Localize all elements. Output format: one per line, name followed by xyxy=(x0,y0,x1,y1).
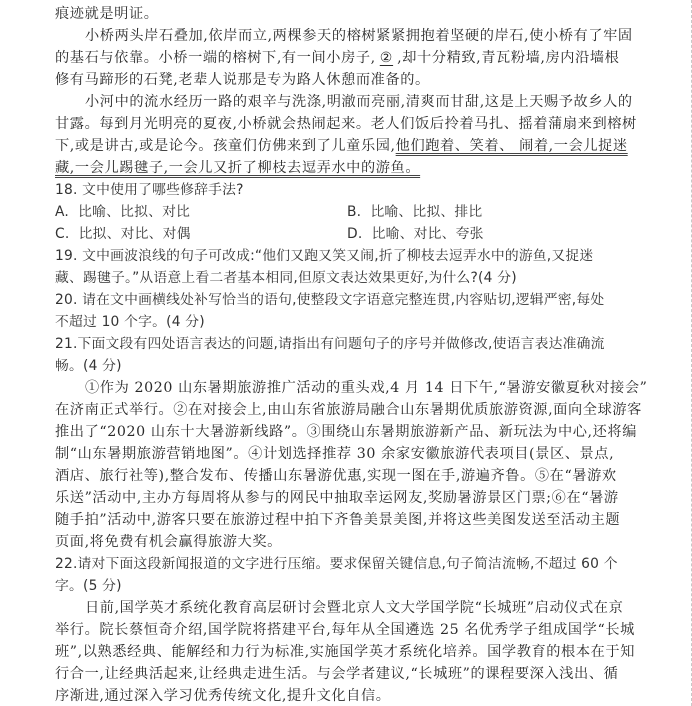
option-label: C. xyxy=(55,226,69,242)
fill-blank-2: ② xyxy=(376,50,397,66)
option-text: 比喻、比拟、对比 xyxy=(78,204,190,220)
q21-passage-line: ①作为 2020 山东暑期旅游推广活动的重头戏,4 月 14 日下午,“暑游安徽… xyxy=(55,377,639,399)
wavy-underlined-sentence: 藏,一会儿踢毽子,一会儿又折了柳枝去逗弄水中的游鱼。 xyxy=(55,160,420,176)
passage-line: 痕迹就是明证。 xyxy=(55,3,639,25)
passage-line: 修有马蹄形的石凳,老辈人说那是专为路人休憩而准备的。 xyxy=(55,69,639,91)
question-22-line: 字。(5 分) xyxy=(55,575,639,597)
q22-passage-line: 举行。院长蔡恒奇介绍,国学院将搭建平台,每年从全国遴选 25 名优秀学子组成国学… xyxy=(55,619,639,641)
question-18-stem: 18. 文中使用了哪些修辞手法? xyxy=(55,179,639,201)
q21-passage-line: 在济南正式举行。②在对接会上,由山东省旅游局融合山东暑期优质旅游资源,面向全球游… xyxy=(55,399,639,421)
question-20-line: 20. 请在文中画横线处补写恰当的语句,使整段文字语意完整连贯,内容贴切,逻辑严… xyxy=(55,289,639,311)
option-text: 比喻、比拟、排比 xyxy=(370,204,482,220)
passage-line: 甘露。每到月光明亮的夏夜,小桥就会热闹起来。老人们饭后拎着马扎、摇着蒲扇来到榕树 xyxy=(55,113,639,135)
q21-passage-line: 随手拍”活动中,游客只要在旅游过程中拍下齐鲁美景美图,并将这些美图发送至活动主题 xyxy=(55,509,639,531)
passage-text: 的基石与依靠。小桥一端的榕树下,有一间小房子, xyxy=(55,50,376,66)
passage-text: 日前,国学英才系统化教育高层研讨会暨北京人文大学国学院“长城班”启动仪式在京 xyxy=(85,600,623,616)
passage-text: 下,或是讲古,或是论今。孩童们仿佛来到了儿童乐园, xyxy=(55,138,396,154)
passage-text: 小河中的流水经历一路的艰辛与洗涤,明澈而亮丽,清爽而甘甜,这是上天赐予故乡人的 xyxy=(85,94,633,110)
passage-text: ①作为 2020 山东暑期旅游推广活动的重头戏,4 月 14 日下午,“暑游安徽… xyxy=(85,380,648,396)
wavy-underlined-sentence: 他们跑着、笑着、 闹着,一会儿捉迷 xyxy=(396,138,628,154)
option-text: 比喻、对比、夸张 xyxy=(372,226,484,242)
option-text: 比拟、对比、对偶 xyxy=(79,226,191,242)
passage-line: 小河中的流水经历一路的艰辛与洗涤,明澈而亮丽,清爽而甘甜,这是上天赐予故乡人的 xyxy=(55,91,639,113)
q22-passage-line: 班”,以熟悉经典、能解经和力行为标准,实施国学英才系统化培养。国学教育的根本在于… xyxy=(55,641,639,663)
q21-passage-line: 乐送”活动中,主办方每周将从参与的网民中抽取幸运网友,奖励暑游景区门票;⑥在“暑… xyxy=(55,487,639,509)
option-a: A. 比喻、比拟、对比 xyxy=(55,201,347,223)
q21-passage-line: 推出了“2020 山东十大暑游新线路”。③围绕山东暑期旅游新产品、新玩法为中心,… xyxy=(55,421,639,443)
q21-passage-line: 酒店、旅行社等),整合发布、传播山东暑游优惠,实现一图在手,游遍齐鲁。⑤在“暑游… xyxy=(55,465,639,487)
question-18-options-row: C. 比拟、对比、对偶 D. 比喻、对比、夸张 xyxy=(55,223,639,245)
q21-passage-line: 页面,将免费有机会赢得旅游大奖。 xyxy=(55,531,639,553)
exam-page: 痕迹就是明证。 小桥两头岸石叠加,依岸而立,两棵参天的榕树紧紧拥抱着坚硬的岸石,… xyxy=(55,3,639,706)
q22-passage-line: 日前,国学英才系统化教育高层研讨会暨北京人文大学国学院“长城班”启动仪式在京 xyxy=(55,597,639,619)
passage-line: 藏,一会儿踢毽子,一会儿又折了柳枝去逗弄水中的游鱼。 xyxy=(55,157,639,179)
q21-passage-line: 制“山东暑期旅游营销地图”。④计划选择推荐 30 余家安徽旅游代表项目(景区、景… xyxy=(55,443,639,465)
option-label: D. xyxy=(347,226,362,242)
q22-passage-line: 序渐进,通过深入学习优秀传统文化,提升文化自信。 xyxy=(55,685,639,706)
option-label: A. xyxy=(55,204,69,220)
question-18-options-row: A. 比喻、比拟、对比 B. 比喻、比拟、排比 xyxy=(55,201,639,223)
passage-text: 小桥两头岸石叠加,依岸而立,两棵参天的榕树紧紧拥抱着坚硬的岸石,使小桥有了牢固 xyxy=(85,28,633,44)
question-21-line: 21.下面文段有四处语言表达的问题,请指出有问题句子的序号并做修改,使语言表达准… xyxy=(55,333,639,355)
question-21-line: 畅。(4 分) xyxy=(55,355,639,377)
passage-line: 的基石与依靠。小桥一端的榕树下,有一间小房子,②,却十分精致,青瓦粉墙,房内沿墙… xyxy=(55,47,639,69)
q22-passage-line: 行合一,让经典活起来,让经典走进生活。与会学者建议,“长城班”的课程要深入浅出、… xyxy=(55,663,639,685)
question-22-line: 22.请对下面这段新闻报道的文字进行压缩。要求保留关键信息,句子简洁流畅,不超过… xyxy=(55,553,639,575)
question-20-line: 不超过 10 个字。(4 分) xyxy=(55,311,639,333)
question-19-line: 藏、踢毽子。”从语意上看二者基本相同,但原文表达效果更好,为什么?(4 分) xyxy=(55,267,639,289)
passage-line: 下,或是讲古,或是论今。孩童们仿佛来到了儿童乐园,他们跑着、笑着、 闹着,一会儿… xyxy=(55,135,639,157)
passage-line: 小桥两头岸石叠加,依岸而立,两棵参天的榕树紧紧拥抱着坚硬的岸石,使小桥有了牢固 xyxy=(55,25,639,47)
option-d: D. 比喻、对比、夸张 xyxy=(347,223,639,245)
option-b: B. 比喻、比拟、排比 xyxy=(347,201,639,223)
option-label: B. xyxy=(347,204,361,220)
passage-text: ,却十分精致,青瓦粉墙,房内沿墙根 xyxy=(397,50,619,66)
option-c: C. 比拟、对比、对偶 xyxy=(55,223,347,245)
question-19-line: 19. 文中画波浪线的句子可改成:“他们又跑又笑又闹,折了柳枝去逗弄水中的游鱼,… xyxy=(55,245,639,267)
